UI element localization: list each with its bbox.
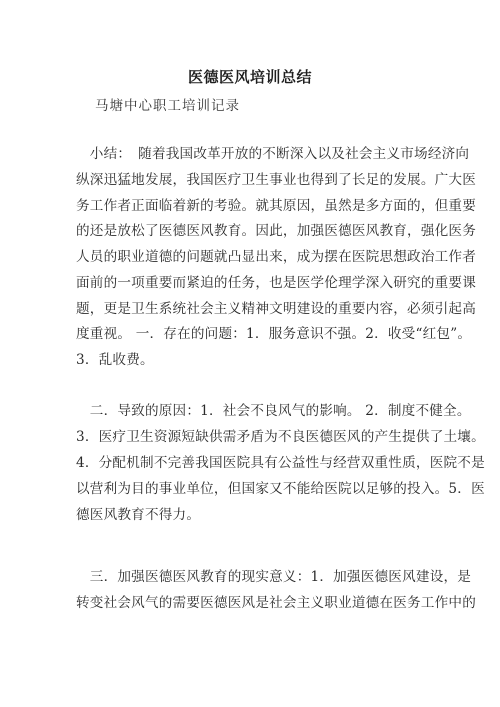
text-line: 3．乱收费。 <box>76 351 418 369</box>
text-line: 的还是放松了医德医风教育。因此，加强医德医风教育，强化医务 <box>76 222 418 240</box>
text-line: 德医风教育不得力。 <box>76 506 418 524</box>
text-line: 三．加强医德医风教育的现实意义：1．加强医德医风建设，是 <box>76 568 418 586</box>
text-line: 人员的职业道德的问题就凸显出来，成为摆在医院思想政治工作者 <box>76 248 418 266</box>
text-line: 度重视。 一．存在的问题：1．服务意识不强。2．收受“红包”。 <box>76 325 418 343</box>
document-page: 医德医风培训总结 马塘中心职工培训记录 小结： 随着我国改革开放的不断深入以及社… <box>0 0 500 707</box>
document-title: 医德医风培训总结 <box>0 66 500 87</box>
text-line: 面前的一项重要而紧迫的任务，也是医学伦理学深入研究的重要课 <box>76 274 418 292</box>
text-line: 纵深迅猛地发展，我国医疗卫生事业也得到了长足的发展。广大医 <box>76 171 418 189</box>
text-line: 3．医疗卫生资源短缺供需矛盾为不良医德医风的产生提供了土壤。 <box>76 428 418 446</box>
text-line: 小结： 随着我国改革开放的不断深入以及社会主义市场经济向 <box>76 145 418 163</box>
text-line: 题，更是卫生系统社会主义精神文明建设的重要内容，必须引起高 <box>76 300 418 318</box>
text-line: 务工作者正面临着新的考验。就其原因，虽然是多方面的，但重要 <box>76 197 418 215</box>
text-line: 以营利为目的事业单位，但国家又不能给医院以足够的投入。5．医 <box>76 480 418 498</box>
text-line: 二．导致的原因：1．社会不良风气的影响。 2．制度不健全。 <box>76 402 418 420</box>
text-line: 4．分配机制不完善我国医院具有公益性与经营双重性质，医院不是 <box>76 454 418 472</box>
document-subtitle: 马塘中心职工培训记录 <box>95 94 240 114</box>
text-line: 转变社会风气的需要医德医风是社会主义职业道德在医务工作中的 <box>76 594 418 612</box>
